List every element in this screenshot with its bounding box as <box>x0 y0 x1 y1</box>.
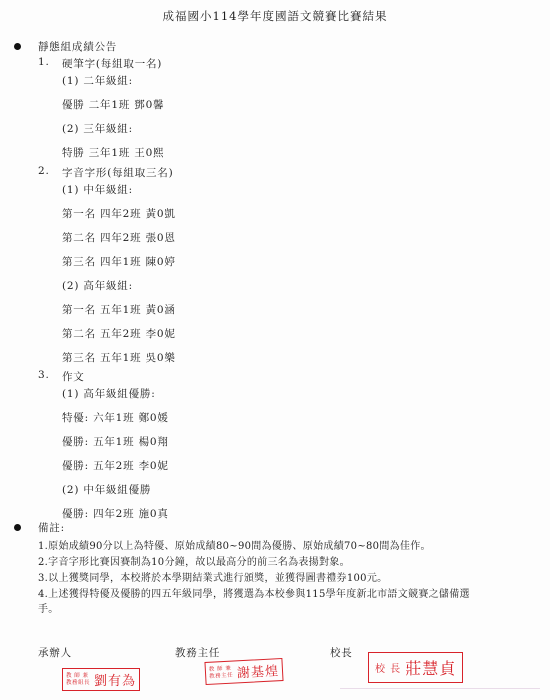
stamp-title: 教 師 兼 教務組長 <box>66 673 94 687</box>
note-item: 手。 <box>38 600 59 615</box>
group-label: (1) 二年級組: <box>62 73 133 88</box>
stamp-handler: 教 師 兼 教務組長 劉有為 <box>62 668 140 691</box>
result-name: 陳0婷 <box>146 256 176 268</box>
result-row: 優勝: 五年2班 李0妮 <box>62 458 169 473</box>
stamp-name: 謝基煌 <box>237 660 280 681</box>
bullet-icon <box>14 524 21 531</box>
category-name: 字音字形(每組取三名) <box>62 165 174 180</box>
result-row: 特優: 六年1班 鄭0媛 <box>62 410 169 425</box>
result-row: 第一名 五年1班 黃0涵 <box>62 302 176 317</box>
category-number: 1. <box>38 56 50 68</box>
result-row: 第三名 四年1班 陳0婷 <box>62 254 176 269</box>
signature-role: 承辦人 <box>38 645 72 660</box>
result-name: 鄭0媛 <box>139 412 169 424</box>
stamp-academic-director: 教 師 兼 教務主任 謝基煌 <box>204 658 283 685</box>
notes-heading: 備註: <box>38 520 65 535</box>
note-item: 2.字音字形比賽因賽制為10分鐘，故以最高分的前三名為表揚對象。 <box>38 553 350 568</box>
group-label: (1) 高年級組優勝: <box>62 386 156 401</box>
result-class: 五年1班 <box>93 436 134 448</box>
document-title: 成福國小114學年度國語文競賽比賽結果 <box>0 8 550 24</box>
result-name: 張0恩 <box>146 232 176 244</box>
bullet-icon <box>14 43 21 50</box>
group-label: (2) 三年級組: <box>62 121 133 136</box>
group-label: (2) 高年級組: <box>62 278 133 293</box>
result-rank: 優勝: <box>62 436 89 448</box>
result-class: 五年2班 <box>100 328 141 340</box>
result-rank: 優勝: <box>62 460 89 472</box>
result-rank: 第二名 <box>62 328 96 340</box>
category-number: 3. <box>38 369 50 381</box>
stamp-principal: 校 長 莊慧貞 <box>368 652 463 683</box>
stamp-name: 莊慧貞 <box>405 656 456 679</box>
result-row: 特勝 三年1班 王0熙 <box>62 145 164 160</box>
signature-role: 校長 <box>330 645 353 660</box>
result-name: 施0真 <box>139 508 169 520</box>
result-name: 吳0樂 <box>146 352 176 364</box>
result-class: 三年1班 <box>89 147 130 159</box>
result-name: 李0妮 <box>139 460 169 472</box>
stamp-title: 校 長 <box>375 660 401 675</box>
result-name: 楊0翔 <box>139 436 169 448</box>
result-class: 四年1班 <box>100 256 141 268</box>
result-class: 四年2班 <box>93 508 134 520</box>
result-rank: 第二名 <box>62 232 96 244</box>
category-name: 硬筆字(每組取一名) <box>62 56 162 71</box>
result-rank: 第一名 <box>62 208 96 220</box>
group-label: (2) 中年級組優勝 <box>62 482 151 497</box>
result-class: 五年1班 <box>100 352 141 364</box>
category-name: 作文 <box>62 369 85 384</box>
note-item: 3.以上獲獎同學，本校將於本學期結業式進行頒獎，並獲得圖書禮券100元。 <box>38 569 387 584</box>
result-name: 黃0凱 <box>146 208 176 220</box>
result-rank: 優勝: <box>62 508 89 520</box>
signature-line <box>340 688 540 689</box>
result-rank: 第三名 <box>62 256 96 268</box>
result-class: 五年1班 <box>100 304 141 316</box>
result-name: 鄧0馨 <box>134 99 164 111</box>
note-item: 1.原始成績90分以上為特優、原始成績80~90間為優勝、原始成績70~80間為… <box>38 537 431 552</box>
stamp-name: 劉有為 <box>94 670 136 689</box>
group-label: (1) 中年級組: <box>62 182 133 197</box>
result-row: 第二名 五年2班 李0妮 <box>62 326 176 341</box>
result-name: 王0熙 <box>134 147 164 159</box>
result-rank: 第三名 <box>62 352 96 364</box>
result-class: 六年1班 <box>93 412 134 424</box>
result-row: 優勝: 五年1班 楊0翔 <box>62 434 169 449</box>
stamp-title: 教 師 兼 教務主任 <box>209 665 238 680</box>
note-item: 4.上述獲得特優及優勝的四五年級同學，將獲選為本校參與115學年度新北市語文競賽… <box>38 585 470 600</box>
result-rank: 優勝 <box>62 99 85 111</box>
result-class: 二年1班 <box>89 99 130 111</box>
result-rank: 特優: <box>62 412 89 424</box>
result-rank: 第一名 <box>62 304 96 316</box>
signature-role: 教務主任 <box>175 645 220 660</box>
result-row: 第三名 五年1班 吳0樂 <box>62 350 176 365</box>
section-heading: 靜態組成績公告 <box>38 39 117 54</box>
result-row: 第一名 四年2班 黃0凱 <box>62 206 176 221</box>
result-name: 李0妮 <box>146 328 176 340</box>
result-class: 四年2班 <box>100 208 141 220</box>
result-class: 五年2班 <box>93 460 134 472</box>
category-number: 2. <box>38 165 50 177</box>
result-name: 黃0涵 <box>146 304 176 316</box>
result-class: 四年2班 <box>100 232 141 244</box>
result-row: 第二名 四年2班 張0恩 <box>62 230 176 245</box>
result-row: 優勝: 四年2班 施0真 <box>62 506 169 521</box>
result-rank: 特勝 <box>62 147 85 159</box>
result-row: 優勝 二年1班 鄧0馨 <box>62 97 164 112</box>
